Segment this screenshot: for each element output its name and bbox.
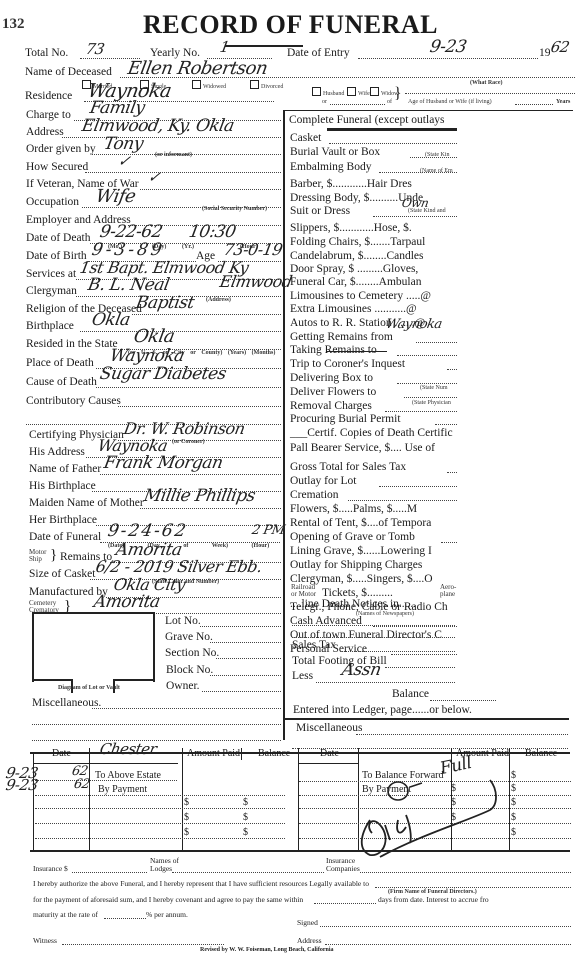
misc-left-line-2 bbox=[32, 724, 281, 725]
revision-credit: Revised by W. W. Foiseman, Long Beach, C… bbox=[200, 947, 334, 953]
charge-item-line bbox=[385, 411, 457, 412]
charge-item: Removal Charges bbox=[290, 400, 372, 413]
cause-of-death-value: Sugar Diabetes bbox=[98, 364, 227, 384]
death-yr-caption: (Yr.) bbox=[182, 244, 194, 251]
cemetery-value: Amorita bbox=[92, 592, 161, 612]
age-value: 73-0-19 bbox=[222, 240, 284, 259]
charge-item: Slippers, $............Hose, $. bbox=[290, 222, 412, 235]
date-of-birth-label: Date of Birth bbox=[26, 249, 87, 263]
witness-line[interactable] bbox=[62, 944, 224, 945]
charge-item: Suit or Dress bbox=[290, 205, 350, 218]
ledger-right-header-rule bbox=[299, 763, 359, 764]
lot-box-bottom-right bbox=[113, 679, 153, 681]
charge-item: Limousines to Cemetery .....@ bbox=[290, 290, 431, 303]
charge-item: Delivering Box to bbox=[290, 372, 373, 385]
or-motor-caption: or Motor bbox=[291, 591, 316, 598]
charge-item-line bbox=[373, 216, 457, 217]
balance-line bbox=[430, 700, 496, 701]
signed-label: Signed bbox=[297, 918, 318, 927]
lodges-label-bottom: Lodges bbox=[150, 864, 172, 873]
caption-state-kind: (State Kin bbox=[425, 152, 450, 159]
ship-label: Ship bbox=[29, 556, 42, 563]
contributory-line bbox=[118, 406, 281, 407]
ledger-left-desc-header: Chester bbox=[98, 740, 157, 758]
ledger-right-col3 bbox=[509, 748, 510, 850]
ledger-bottom-rule bbox=[30, 850, 570, 852]
page-title: RECORD OF FUNERAL bbox=[0, 10, 581, 40]
charge-item-line bbox=[447, 472, 457, 473]
address-footer-line[interactable] bbox=[325, 944, 571, 945]
charge-item: ___Certif. Copies of Death Certific bbox=[290, 427, 453, 440]
ledger-left-row2-line bbox=[35, 795, 285, 796]
informant-caption: (or informant) bbox=[155, 152, 192, 159]
order-given-by-value: Tony bbox=[102, 134, 144, 154]
spouse-wife[interactable]: Wife bbox=[347, 87, 370, 98]
occupation-label: Occupation bbox=[26, 195, 79, 209]
ledger-right-date-header: Date bbox=[320, 748, 339, 759]
checkbox-husband[interactable] bbox=[312, 87, 321, 96]
interest-rate-line bbox=[104, 918, 146, 919]
charge-item-line bbox=[329, 143, 457, 144]
charge-item-line bbox=[391, 654, 457, 655]
veteran-line bbox=[140, 189, 281, 190]
balance-label: Balance bbox=[392, 688, 429, 701]
resided-value: Okla bbox=[132, 326, 176, 347]
charge-item-line bbox=[416, 342, 457, 343]
charge-item: Rental of Tent, $....of Tempora bbox=[290, 517, 431, 530]
charge-item: ....line Death Notices in...... bbox=[290, 598, 416, 611]
cause-of-death-line bbox=[96, 387, 281, 388]
mother-line bbox=[140, 508, 281, 509]
place-of-death-label: Place of Death bbox=[26, 356, 94, 370]
grave-no-label: Grave No. bbox=[165, 630, 213, 644]
clergyman-address-caption: (Address) bbox=[206, 297, 231, 304]
charge-item: Trip to Coroner's Inquest bbox=[290, 358, 405, 371]
date-of-entry-line bbox=[358, 58, 538, 59]
caption-name-em: (Name of Em bbox=[420, 168, 453, 175]
insurance-label: Insurance $ bbox=[33, 864, 68, 873]
charges-header-rule bbox=[327, 128, 457, 131]
checkbox-divorced[interactable] bbox=[250, 80, 259, 89]
charge-item: Funeral Car, $........Ambulan bbox=[290, 276, 421, 289]
how-secured-line bbox=[85, 172, 281, 173]
ledger-left-amount-header: Amount Paid bbox=[187, 748, 240, 759]
block-no-line bbox=[210, 675, 281, 676]
less-value: Assn bbox=[340, 660, 382, 680]
charge-item: Cash Advanced bbox=[290, 615, 362, 628]
dollar-sign: $ bbox=[184, 797, 189, 808]
charge-item: Extra Limousines ...........@ bbox=[290, 303, 417, 316]
charges-header: Complete Funeral (except outlays bbox=[289, 114, 445, 127]
charge-item: Flowers, $.....Palms, $.....M bbox=[290, 503, 417, 516]
less-line bbox=[316, 682, 455, 683]
date-of-death-value: 9-22-62 10:30 bbox=[98, 222, 237, 242]
dollar-sign: $ bbox=[184, 812, 189, 823]
charge-item-line bbox=[441, 542, 457, 543]
block-no-label: Block No. bbox=[166, 663, 213, 677]
casket-size-value: 6/2 - 2019 Silver Ebb. bbox=[94, 557, 263, 576]
total-footing-line bbox=[385, 667, 455, 668]
charge-item: Outlay for Shipping Charges bbox=[290, 559, 422, 572]
charge-item: Outlay for Lot bbox=[290, 475, 356, 488]
coroner-caption: (or Coroner) bbox=[172, 439, 205, 446]
spouse-name-line bbox=[330, 104, 385, 105]
ledger-left-balance-header: Balance bbox=[258, 748, 290, 759]
lot-box-bottom-left bbox=[32, 679, 72, 681]
marital-widowed[interactable]: Widowed bbox=[192, 80, 226, 91]
taking-remains-value: Waynoka bbox=[385, 317, 443, 332]
religion-value: Baptist bbox=[134, 293, 195, 313]
services-at-label: Services at bbox=[26, 267, 76, 281]
charge-item: Barber, $............Hair Dres bbox=[290, 178, 412, 191]
date-of-entry-value: 9-23 bbox=[428, 37, 468, 57]
contributory-label: Contributory Causes bbox=[26, 394, 121, 408]
resided-label: Resided in the State bbox=[26, 337, 118, 351]
maturity-text: maturity at the rate of bbox=[33, 910, 98, 919]
per-annum-text: % per annum. bbox=[146, 910, 188, 919]
ledger-left-row3-line bbox=[35, 808, 285, 809]
newspaper-line-2 bbox=[292, 625, 455, 626]
address-footer-label: Address bbox=[297, 936, 322, 945]
how-secured-value: ✓ bbox=[116, 152, 131, 170]
ledger-left-row4-line bbox=[35, 823, 285, 824]
dollar-sign: $ bbox=[511, 812, 516, 823]
total-no-value: 73 bbox=[84, 40, 105, 58]
charge-item: Door Spray, $ .........Gloves, bbox=[290, 263, 418, 276]
religion-line bbox=[132, 314, 281, 315]
residence-label: Residence bbox=[25, 89, 72, 103]
misc-left-line bbox=[92, 708, 281, 709]
authorize-text: I hereby authorize the above Funeral, an… bbox=[33, 879, 369, 888]
ledger-left-header-rule bbox=[33, 763, 178, 764]
veteran-value: ✓ bbox=[146, 168, 161, 186]
companies-label-bottom: Companies bbox=[326, 864, 360, 873]
grave-no-line bbox=[210, 642, 281, 643]
ledger-left-row2-desc: By Payment bbox=[98, 784, 147, 795]
marital-divorced[interactable]: Divorced bbox=[250, 80, 283, 91]
dollar-sign: $ bbox=[243, 797, 248, 808]
owner-label: Owner. bbox=[166, 679, 200, 693]
firm-name-line bbox=[375, 887, 571, 888]
lot-no-line bbox=[200, 626, 281, 627]
header-rule bbox=[283, 110, 573, 111]
yearly-no-value: 1 bbox=[218, 38, 230, 56]
deceased-name-value: Ellen Robertson bbox=[126, 58, 269, 79]
column-divider bbox=[283, 110, 285, 740]
remains-brace: } bbox=[50, 547, 57, 564]
her-birthplace-label: Her Birthplace bbox=[29, 513, 97, 527]
plane-caption: plane bbox=[440, 591, 455, 598]
charge-item: Folding Chairs, $.......Tarpaul bbox=[290, 236, 425, 249]
charge-item-line bbox=[397, 383, 457, 384]
year-value: 62 bbox=[549, 38, 570, 56]
his-address-label: His Address bbox=[29, 445, 85, 459]
sales-tax-label: Sales Tax bbox=[292, 639, 336, 652]
ledger-rule bbox=[284, 718, 569, 720]
year-prefix: 19 bbox=[539, 46, 551, 60]
charge-item: Deliver Flowers to bbox=[290, 386, 376, 399]
charge-item: Getting Remains from bbox=[290, 331, 393, 344]
total-no-label: Total No. bbox=[25, 46, 68, 60]
mother-label: Maiden Name of Mother bbox=[29, 496, 144, 510]
lot-diagram-caption: Diagram of Lot or Vault bbox=[58, 685, 120, 692]
insurance-line bbox=[72, 872, 147, 873]
order-given-by-label: Order given by bbox=[26, 142, 96, 156]
date-of-funeral-label: Date of Funeral bbox=[29, 530, 101, 544]
sales-tax-line bbox=[342, 651, 455, 652]
days-text: days from date. Interest to accrue fro bbox=[378, 895, 489, 904]
ledger-entry-label: Entered into Ledger, page......or below. bbox=[293, 704, 472, 717]
less-label: Less bbox=[292, 670, 313, 683]
charge-to-value: Family bbox=[88, 98, 146, 118]
ledger-left-row2-date: 9-23 bbox=[4, 776, 39, 794]
charge-item-line bbox=[373, 626, 457, 627]
ssn-caption: (Social Security Number) bbox=[202, 206, 267, 213]
misc-right-label: Miscellaneous bbox=[296, 722, 362, 735]
ledger-left-col2 bbox=[182, 748, 183, 850]
witness-label: Witness bbox=[33, 936, 57, 945]
spouse-of: of bbox=[387, 99, 392, 106]
mother-value: Millie Phillips bbox=[142, 486, 256, 506]
ledger-left-date-header: Date bbox=[52, 748, 71, 759]
date-of-funeral-value: 9-24-62 bbox=[106, 521, 189, 541]
misc-right-line bbox=[356, 734, 568, 735]
his-birthplace-label: His Birthplace bbox=[29, 479, 96, 493]
age-spouse-line bbox=[405, 93, 575, 94]
charge-item: Candelabrum, $........Candles bbox=[290, 250, 424, 263]
lot-diagram-box bbox=[32, 612, 155, 682]
strikethrough-remains-to bbox=[327, 351, 387, 352]
charge-item-line bbox=[404, 397, 457, 398]
casket-size-label: Size of Casket bbox=[29, 567, 95, 581]
payment-text: for the payment of aforesaid sum, and I … bbox=[33, 895, 303, 904]
newspaper-line-3 bbox=[292, 637, 455, 638]
ledger-left-row1-line bbox=[35, 780, 177, 781]
charge-item: Burial Vault or Box bbox=[290, 146, 380, 159]
cause-of-death-label: Cause of Death bbox=[26, 375, 97, 389]
charge-item: Procuring Burial Permit bbox=[290, 413, 401, 426]
dollar-sign: $ bbox=[184, 827, 189, 838]
checkbox-wife[interactable] bbox=[347, 87, 356, 96]
charge-item: Casket bbox=[290, 132, 321, 145]
birthplace-label: Birthplace bbox=[26, 319, 74, 333]
date-of-death-label: Date of Death bbox=[26, 231, 91, 245]
dollar-sign: $ bbox=[511, 783, 516, 794]
charge-item: Embalming Body bbox=[290, 161, 371, 174]
days-line bbox=[314, 903, 376, 904]
clergyman-value: B. L. Neal bbox=[86, 275, 170, 295]
father-label: Name of Father bbox=[29, 462, 101, 476]
clergyman-label: Clergyman bbox=[26, 284, 77, 298]
ledger-left-row5-line bbox=[35, 838, 285, 839]
charge-to-label: Charge to bbox=[26, 108, 71, 122]
companies-line bbox=[360, 872, 571, 873]
lodges-line bbox=[172, 872, 324, 873]
place-of-death-value: Waynoka bbox=[108, 346, 185, 366]
address-label: Address bbox=[26, 125, 64, 139]
dollar-sign: $ bbox=[511, 770, 516, 781]
charge-item: Opening of Grave or Tomb bbox=[290, 531, 415, 544]
charge-item-line bbox=[435, 424, 457, 425]
how-secured-label: How Secured bbox=[26, 160, 88, 174]
spouse-or: or bbox=[322, 99, 327, 106]
name-of-deceased-label: Name of Deceased bbox=[25, 65, 112, 79]
dollar-sign: $ bbox=[511, 797, 516, 808]
ledger-left-col3 bbox=[241, 748, 242, 760]
date-of-entry-label: Date of Entry bbox=[287, 46, 350, 60]
misc-left-label: Miscellaneous. bbox=[32, 696, 101, 710]
funeral-time-value: 2 PM bbox=[251, 523, 286, 538]
birthplace-value: Okla bbox=[90, 310, 131, 330]
caption-state-kind-and: (State Kind and bbox=[408, 208, 446, 215]
section-no-label: Section No. bbox=[165, 646, 219, 660]
birthplace-line bbox=[80, 331, 281, 332]
section-no-line bbox=[216, 658, 281, 659]
dollar-sign: $ bbox=[511, 827, 516, 838]
race-caption: (What Race) bbox=[470, 80, 503, 87]
caption-newspapers: (Names of Newspapers) bbox=[356, 611, 414, 618]
charge-item-line bbox=[447, 369, 457, 370]
checkbox-widow[interactable] bbox=[370, 87, 379, 96]
spouse-husband[interactable]: Husband bbox=[312, 87, 344, 98]
ledger-right-balance-header: Balance bbox=[525, 748, 557, 759]
charge-item: Cremation bbox=[290, 489, 339, 502]
charge-item-line bbox=[379, 486, 457, 487]
father-line bbox=[100, 474, 281, 475]
ledger-left-row2-yr: 62 bbox=[73, 777, 91, 792]
years-caption: Years bbox=[556, 99, 570, 106]
signed-line[interactable] bbox=[320, 926, 571, 927]
charge-item: Lining Grave, $......Lowering I bbox=[290, 545, 432, 558]
dollar-sign: $ bbox=[243, 827, 248, 838]
lot-no-label: Lot No. bbox=[165, 614, 201, 628]
father-value: Frank Morgan bbox=[102, 453, 224, 473]
age-spouse-caption: Age of Husband or Wife (if living) bbox=[408, 99, 492, 106]
age-years-line bbox=[515, 104, 553, 105]
caption-state-num: (State Num bbox=[420, 385, 448, 392]
charge-item: Pall Bearer Service, $.... Use of bbox=[290, 442, 435, 455]
caption-state-physician: (State Physician bbox=[412, 400, 451, 407]
charge-item-line bbox=[397, 355, 457, 356]
address-line bbox=[62, 137, 281, 138]
date-of-birth-value: 9-3-89 bbox=[90, 240, 166, 260]
dollar-sign: $ bbox=[243, 812, 248, 823]
charge-item-line bbox=[348, 500, 457, 501]
address-value: Elmwood, Ky. Okla bbox=[80, 116, 235, 136]
checkbox-widowed[interactable] bbox=[192, 80, 201, 89]
occupation-value: Wife bbox=[94, 186, 137, 207]
charge-item: Gross Total for Sales Tax bbox=[290, 461, 406, 474]
owner-line bbox=[202, 691, 281, 692]
brace: } bbox=[394, 85, 402, 103]
